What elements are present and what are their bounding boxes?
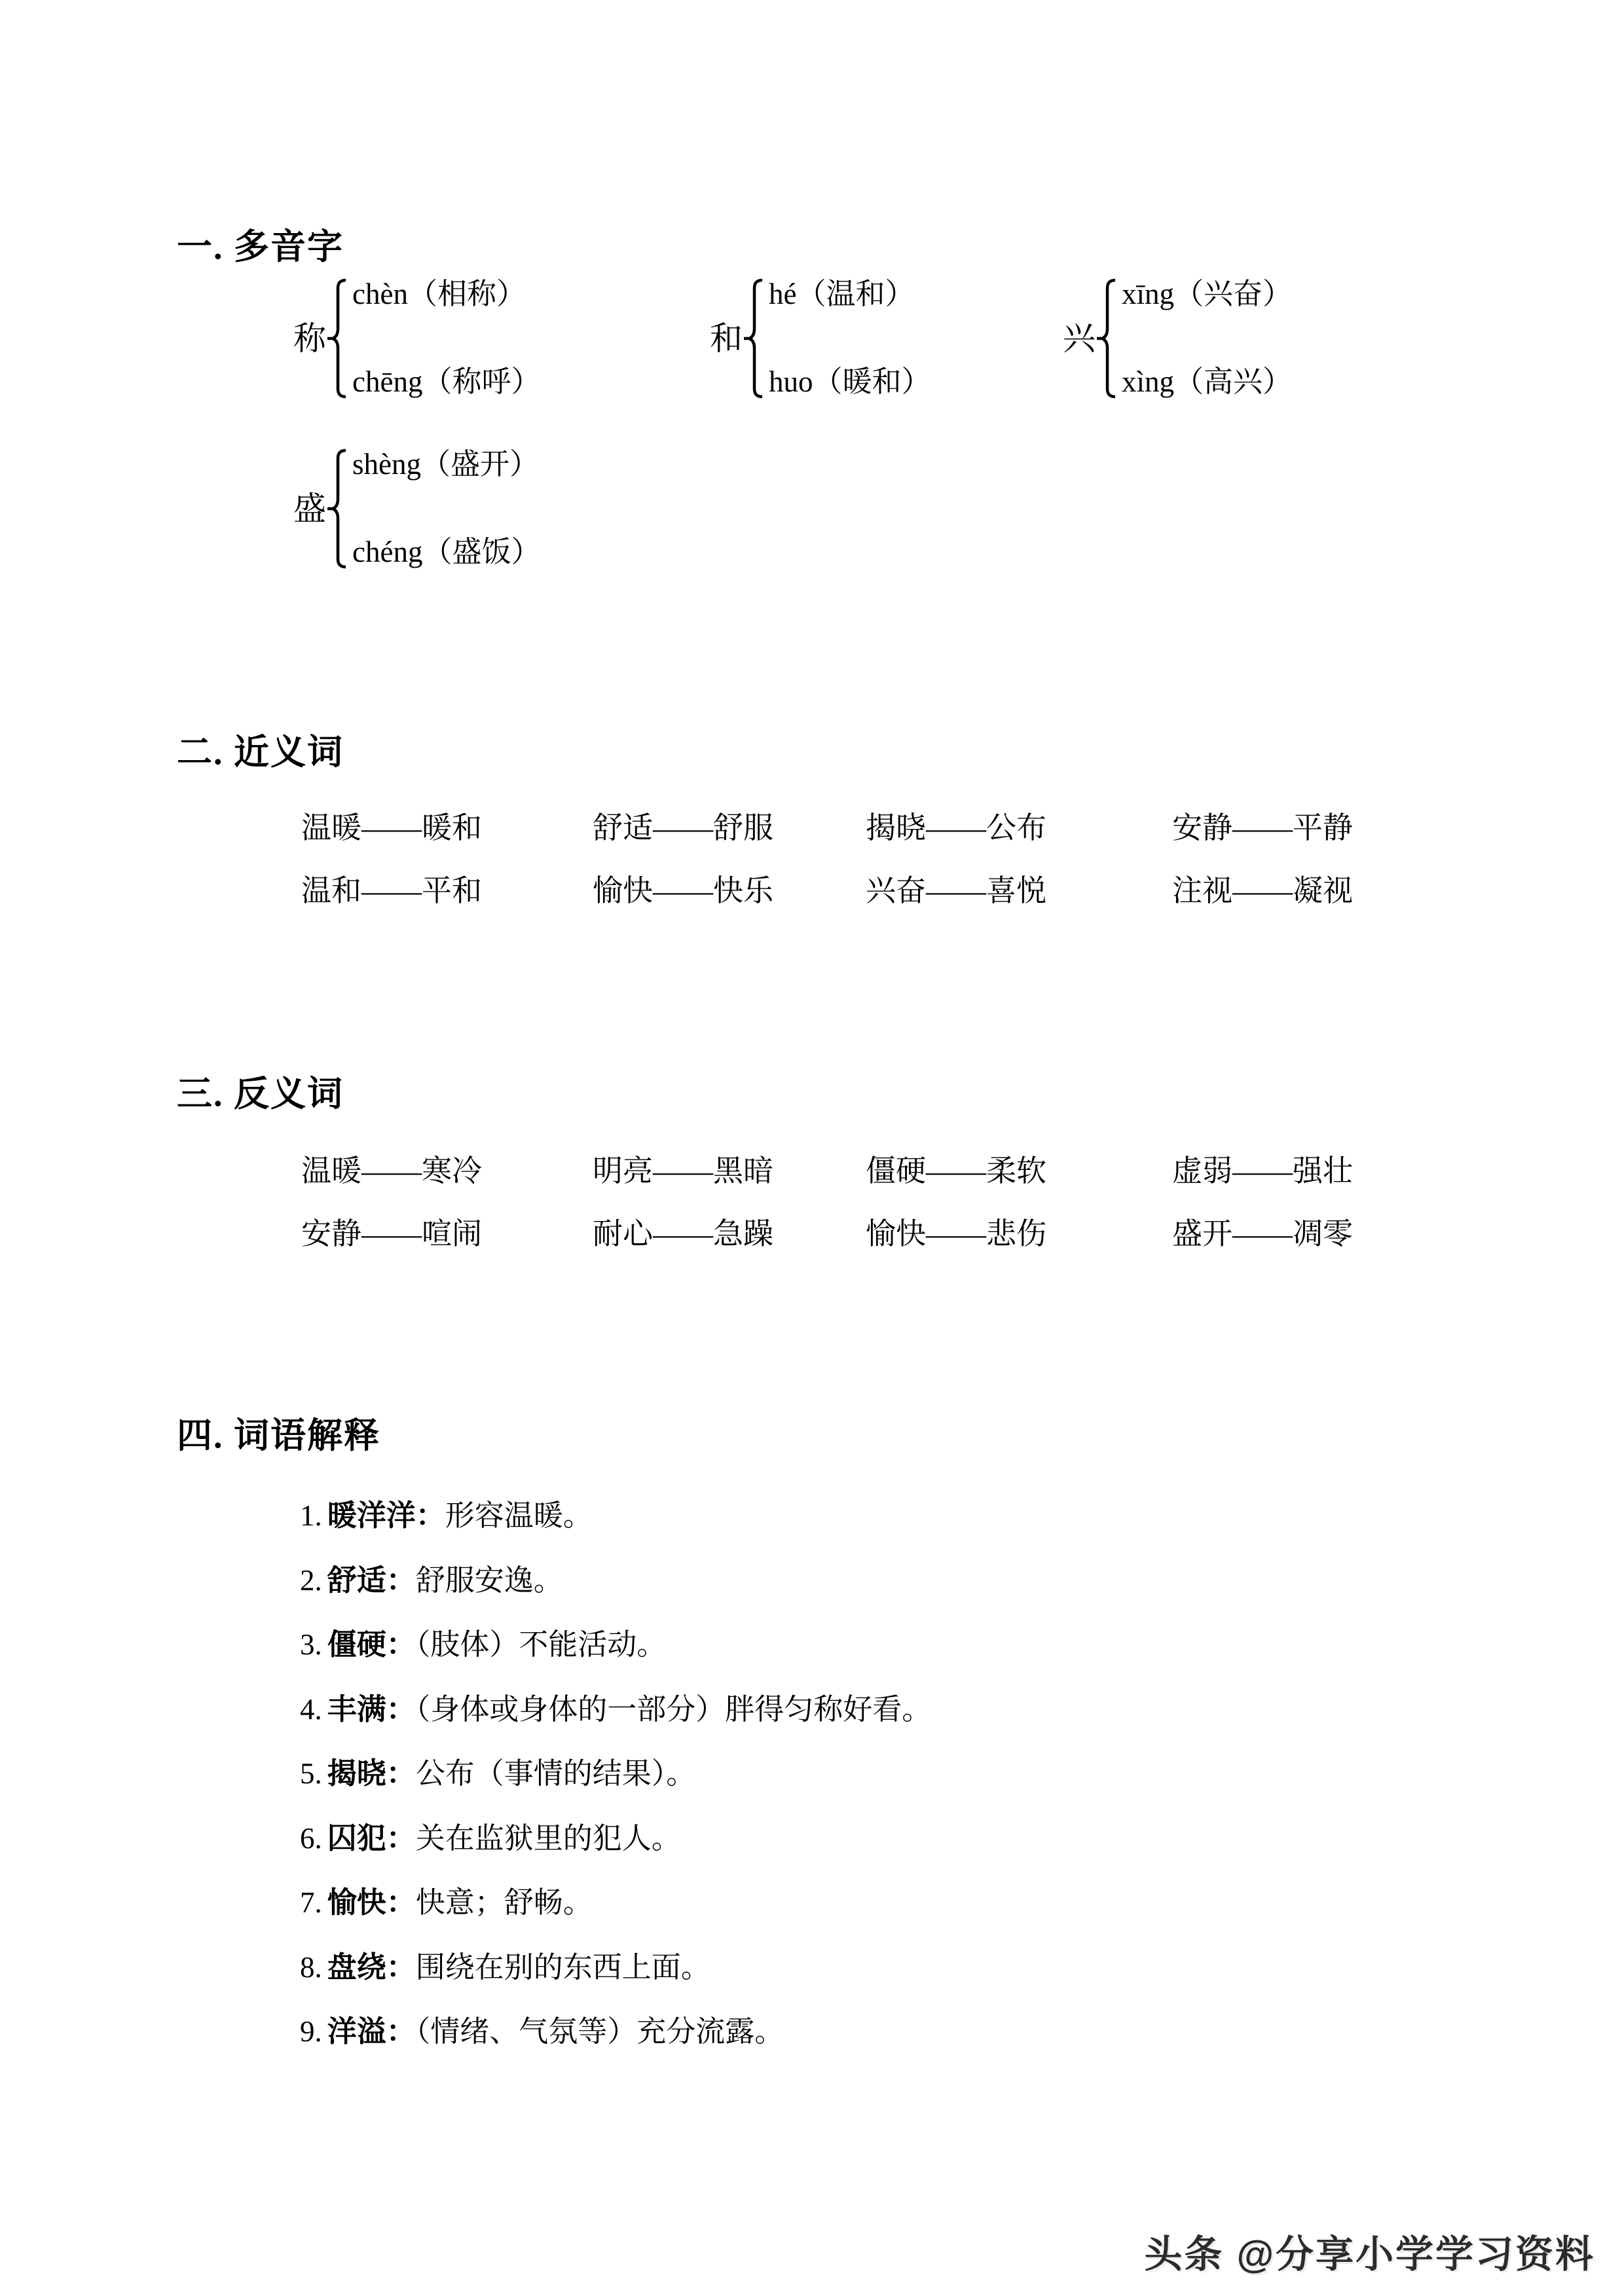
definition-number: 2. [300, 1564, 322, 1597]
section-title-jinyici: 二. 近义词 [177, 724, 344, 774]
definition-item: 7.愉快：快意；舒畅。 [300, 1878, 593, 1921]
antonym-pair: 安静——喧闹 [301, 1210, 482, 1253]
antonym-pair: 温暖——寒冷 [301, 1147, 482, 1190]
antonym-pair: 愉快——悲伤 [866, 1210, 1046, 1253]
pinyin-reading: huo（暖和） [769, 365, 931, 399]
polyphonic-character: 兴 [1063, 322, 1096, 355]
definition-number: 4. [300, 1693, 322, 1726]
brace-icon [327, 278, 347, 399]
definition-number: 8. [300, 1951, 322, 1984]
readings-column: xīng（兴奋） xìng（高兴） [1120, 278, 1292, 399]
definition-term: 丰满： [327, 1693, 416, 1726]
synonym-pair: 安静——平静 [1172, 804, 1353, 847]
synonym-pair: 注视——凝视 [1172, 867, 1353, 910]
definition-text: （肢体）不能活动。 [416, 1628, 667, 1661]
readings-column: hé（温和） huo（暖和） [767, 278, 931, 399]
definition-term: 洋溢： [327, 2015, 416, 2048]
antonym-pair: 虚弱——强壮 [1172, 1147, 1353, 1190]
polyphonic-character: 称 [293, 322, 326, 355]
synonym-pair: 温和——平和 [301, 867, 482, 910]
definition-text: 形容温暖。 [445, 1499, 593, 1532]
definition-text: 公布（事情的结果）。 [416, 1757, 696, 1790]
definition-item: 2.舒适：舒服安逸。 [300, 1556, 563, 1599]
definition-term: 盘绕： [327, 1951, 416, 1984]
brace-icon [1097, 278, 1116, 399]
antonym-row: 安静——喧闹 耐心——急躁 愉快——悲伤 盛开——凋零 [301, 1210, 1447, 1249]
brace-icon [327, 448, 347, 570]
antonym-pair: 耐心——急躁 [593, 1210, 773, 1253]
antonym-pair: 明亮——黑暗 [593, 1147, 773, 1190]
pinyin-reading: shèng（盛开） [352, 448, 540, 482]
pinyin-reading: chèn（相称） [352, 278, 540, 312]
definition-number: 3. [300, 1628, 322, 1661]
definition-text: 舒服安逸。 [416, 1564, 563, 1597]
pinyin-reading: chēng（称呼） [352, 365, 540, 399]
antonym-pair: 盛开——凋零 [1172, 1210, 1353, 1253]
definition-number: 1. [300, 1499, 322, 1532]
synonym-pair: 揭晓——公布 [866, 804, 1046, 847]
definition-text: （身体或身体的一部分）胖得匀称好看。 [416, 1693, 932, 1726]
definition-item: 4.丰满：（身体或身体的一部分）胖得匀称好看。 [300, 1685, 931, 1728]
definition-term: 舒适： [327, 1564, 416, 1597]
pinyin-reading: xìng（高兴） [1122, 365, 1292, 399]
definition-term: 暖洋洋： [327, 1499, 445, 1532]
section-title-duoyinzi: 一. 多音字 [177, 219, 344, 269]
definition-text: （情绪、气氛等）充分流露。 [416, 2015, 784, 2048]
definition-text: 关在监狱里的犯人。 [416, 1822, 681, 1855]
polyphonic-group-sheng: 盛 shèng（盛开） chéng（盛饭） [293, 448, 540, 570]
definition-item: 8.盘绕：围绕在别的东西上面。 [300, 1943, 710, 1986]
polyphonic-character: 盛 [293, 492, 326, 525]
definition-number: 5. [300, 1757, 322, 1790]
pinyin-reading: hé（温和） [769, 278, 931, 312]
definition-item: 1.暖洋洋：形容温暖。 [300, 1491, 593, 1534]
definition-number: 9. [300, 2015, 322, 2048]
readings-column: chèn（相称） chēng（称呼） [351, 278, 540, 399]
definition-item: 9.洋溢：（情绪、气氛等）充分流露。 [300, 2007, 784, 2050]
antonym-pair: 僵硬——柔软 [866, 1147, 1046, 1190]
readings-column: shèng（盛开） chéng（盛饭） [351, 448, 540, 570]
definition-item: 3.僵硬：（肢体）不能活动。 [300, 1620, 666, 1663]
definition-text: 围绕在别的东西上面。 [416, 1951, 710, 1984]
section-title-fanyici: 三. 反义词 [177, 1066, 344, 1116]
antonym-row: 温暖——寒冷 明亮——黑暗 僵硬——柔软 虚弱——强壮 [301, 1147, 1447, 1186]
synonym-pair: 温暖——暖和 [301, 804, 482, 847]
pinyin-reading: chéng（盛饭） [352, 536, 540, 570]
synonym-pair: 愉快——快乐 [593, 867, 773, 910]
definition-term: 囚犯： [327, 1822, 416, 1855]
definition-term: 僵硬： [327, 1628, 416, 1661]
brace-icon [744, 278, 764, 399]
definition-item: 6.囚犯：关在监狱里的犯人。 [300, 1814, 681, 1857]
polyphonic-character: 和 [710, 322, 743, 355]
polyphonic-group-xing: 兴 xīng（兴奋） xìng（高兴） [1063, 278, 1292, 399]
worksheet-page: 一. 多音字 称 chèn（相称） chēng（称呼） 和 hé（温和） huo… [0, 0, 1624, 2296]
section-title-jieshi: 四. 词语解释 [177, 1408, 380, 1458]
synonym-row: 温和——平和 愉快——快乐 兴奋——喜悦 注视——凝视 [301, 867, 1447, 906]
pinyin-reading: xīng（兴奋） [1122, 278, 1292, 312]
synonym-pair: 舒适——舒服 [593, 804, 773, 847]
definition-term: 愉快： [327, 1886, 416, 1919]
definition-term: 揭晓： [327, 1757, 416, 1790]
polyphonic-group-cheng: 称 chèn（相称） chēng（称呼） [293, 278, 540, 399]
synonym-pair: 兴奋——喜悦 [866, 867, 1046, 910]
definition-text: 快意；舒畅。 [416, 1886, 593, 1919]
synonym-row: 温暖——暖和 舒适——舒服 揭晓——公布 安静——平静 [301, 804, 1447, 843]
definition-number: 6. [300, 1822, 322, 1855]
definition-number: 7. [300, 1886, 322, 1919]
polyphonic-group-he: 和 hé（温和） huo（暖和） [710, 278, 931, 399]
definition-item: 5.揭晓：公布（事情的结果）。 [300, 1749, 695, 1792]
watermark-text: 头条 @分享小学学习资料 [1144, 2223, 1595, 2278]
